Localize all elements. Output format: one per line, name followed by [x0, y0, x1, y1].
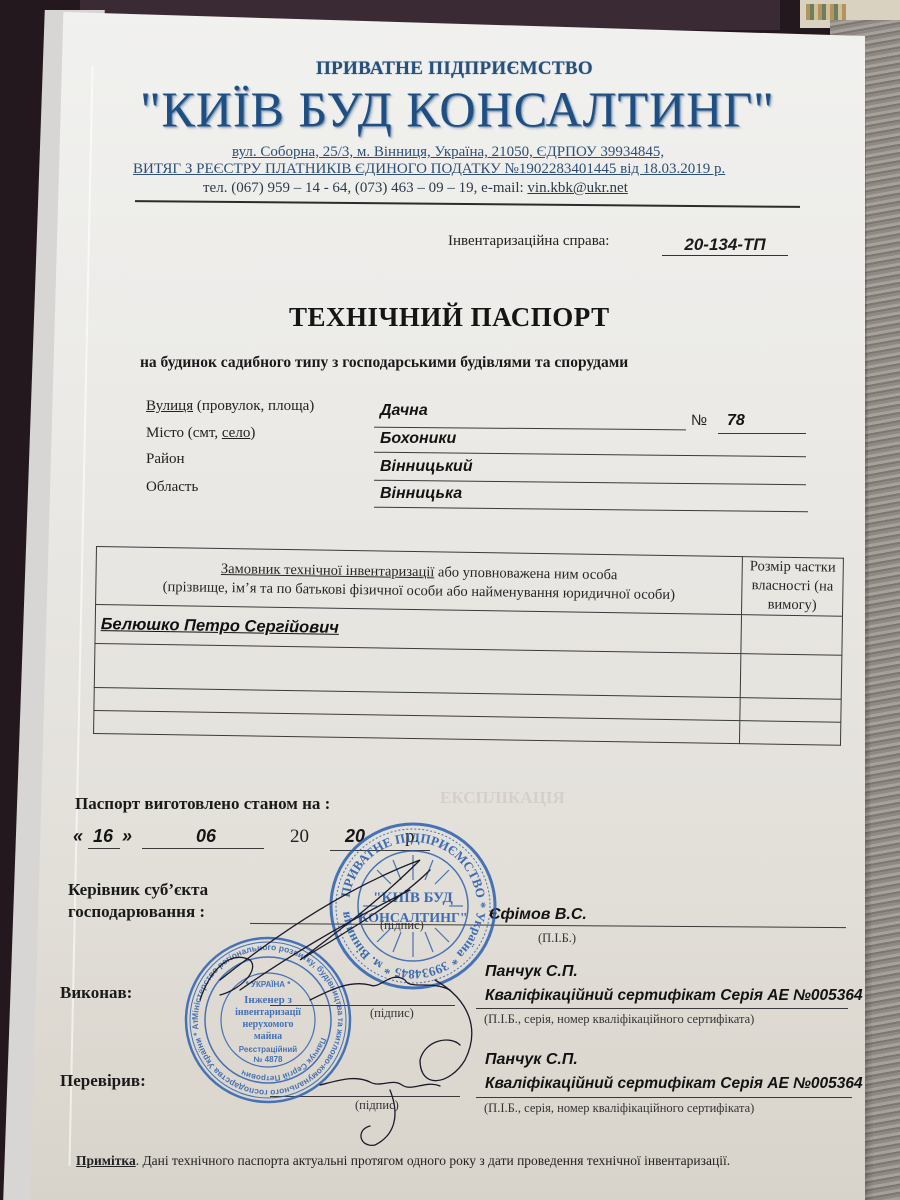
date-month: 06	[196, 826, 216, 847]
show-through-text: ЕКСПЛІКАЦІЯ	[440, 788, 565, 808]
owner-share-cell	[741, 615, 843, 656]
owner-column-header: Замовник технічної інвентаризації або уп…	[96, 547, 743, 615]
share-column-header: Розмір частки власності (на вимогу)	[742, 557, 844, 617]
year-underline	[330, 850, 430, 851]
region-label: Область	[146, 479, 198, 496]
header-divider	[135, 200, 800, 208]
svg-text:інвентаризації: інвентаризації	[235, 1007, 301, 1018]
year-suffix: р.	[405, 826, 419, 848]
svg-text:майна: майна	[254, 1031, 282, 1042]
company-address: вул. Соборна, 25/3, м. Вінниця, Україна,…	[232, 144, 664, 161]
head-name: Єфімов В.С.	[489, 906, 587, 924]
checked-sign-caption: (підпис)	[355, 1098, 399, 1113]
number-underline	[718, 433, 806, 434]
svg-text:* УКРАЇНА *: * УКРАЇНА *	[246, 980, 292, 989]
executed-by-label: Виконав:	[60, 983, 132, 1003]
head-name-caption: (П.І.Б.)	[538, 931, 576, 946]
close-quote: »	[122, 826, 132, 847]
city-label: Місто (смт, село)	[146, 425, 255, 442]
executed-signature-line	[270, 1005, 455, 1006]
checked-certificate: Кваліфікаційний сертифікат Серія АЕ №005…	[485, 1075, 863, 1093]
date-year: 20	[345, 826, 365, 847]
executed-sign-caption: (підпис)	[370, 1006, 414, 1021]
date-century: 20	[290, 826, 309, 848]
street-label: Вулиця (провулок, площа)	[146, 398, 314, 415]
handwritten-signatures	[180, 830, 500, 1150]
executed-name: Панчук С.П.	[485, 963, 578, 981]
city-underline	[374, 452, 806, 458]
phones: тел. (067) 959 – 14 - 64, (073) 463 – 09…	[203, 180, 527, 196]
district-label: Район	[146, 451, 185, 468]
head-label-line2: господарювання :	[68, 902, 205, 922]
region-value: Вінницька	[380, 485, 462, 503]
head-sign-caption: (підпис)	[380, 918, 424, 933]
svg-text:№ 4878: № 4878	[254, 1055, 283, 1064]
svg-text:"КИЇВ БУД: "КИЇВ БУД	[373, 890, 453, 906]
open-quote: «	[73, 826, 83, 847]
executed-name-line	[476, 1008, 848, 1009]
inventory-case-value: 20-134-ТП	[662, 235, 788, 256]
number-label: №	[691, 412, 707, 429]
svg-text:ПРИВАТНЕ ПІДПРИЄМСТВО * Україн: ПРИВАТНЕ ПІДПРИЄМСТВО * Україна * 399348…	[337, 830, 489, 982]
company-name: "КИЇВ БУД КОНСАЛТИНГ"	[140, 80, 775, 138]
engineer-stamp: Міністерство регіонального розвитку, буд…	[183, 935, 353, 1105]
inventory-case-label: Інвентаризаційна справа:	[448, 233, 609, 250]
executed-caption: (П.І.Б., серія, номер кваліфікаційного с…	[484, 1012, 754, 1027]
note-heading: Примітка	[76, 1153, 136, 1168]
document-title: ТЕХНІЧНИЙ ПАСПОРТ	[289, 302, 610, 333]
executed-certificate: Кваліфікаційний сертифікат Серія АЕ №005…	[485, 987, 863, 1005]
day-underline	[88, 848, 120, 849]
checked-signature-line	[270, 1096, 460, 1097]
checked-name-line	[476, 1097, 852, 1098]
month-underline	[142, 848, 264, 849]
footnote: Примітка. Дані технічного паспорта актуа…	[76, 1153, 730, 1169]
svg-text:Реєстраційний: Реєстраційний	[239, 1045, 298, 1054]
document-content: ЕКСПЛІКАЦІЯ ПРИВАТНЕ ПІДПРИЄМСТВО "КИЇВ …	[0, 0, 900, 1200]
head-label-line1: Керівник суб’єкта	[68, 880, 208, 900]
owner-share-cell	[740, 698, 841, 723]
checked-by-label: Перевірив:	[60, 1071, 146, 1091]
email-link[interactable]: vin.kbk@ukr.net	[527, 180, 627, 196]
svg-text:Панчук Сергій Петрович: Панчук Сергій Петрович	[239, 1037, 327, 1083]
company-contacts: тел. (067) 959 – 14 - 64, (073) 463 – 09…	[203, 180, 628, 197]
house-number-value: 78	[727, 412, 745, 430]
checked-caption: (П.І.Б., серія, номер кваліфікаційного с…	[484, 1101, 754, 1116]
note-text: . Дані технічного паспорта актуальні про…	[136, 1153, 730, 1168]
date-day: 16	[93, 826, 113, 847]
company-type: ПРИВАТНЕ ПІДПРИЄМСТВО	[316, 58, 593, 80]
prepared-as-of-label: Паспорт виготовлено станом на :	[75, 794, 330, 814]
owner-table: Замовник технічної інвентаризації або уп…	[93, 546, 844, 746]
checked-name: Панчук С.П.	[485, 1051, 578, 1069]
district-value: Вінницький	[380, 458, 473, 476]
svg-text:нерухомого: нерухомого	[242, 1019, 293, 1030]
street-value: Дачна	[380, 402, 428, 420]
city-value: Бохоники	[380, 430, 456, 448]
owner-share-cell	[740, 654, 842, 700]
svg-text:Міністерство регіонального роз: Міністерство регіонального розвитку, буд…	[183, 935, 346, 1098]
region-underline	[374, 507, 808, 513]
owner-share-cell	[739, 721, 840, 746]
tax-registry-extract: ВИТЯГ З РЕЄСТРУ ПЛАТНИКІВ ЄДИНОГО ПОДАТК…	[133, 161, 725, 178]
document-subtitle: на будинок садибного типу з господарськи…	[140, 354, 628, 372]
